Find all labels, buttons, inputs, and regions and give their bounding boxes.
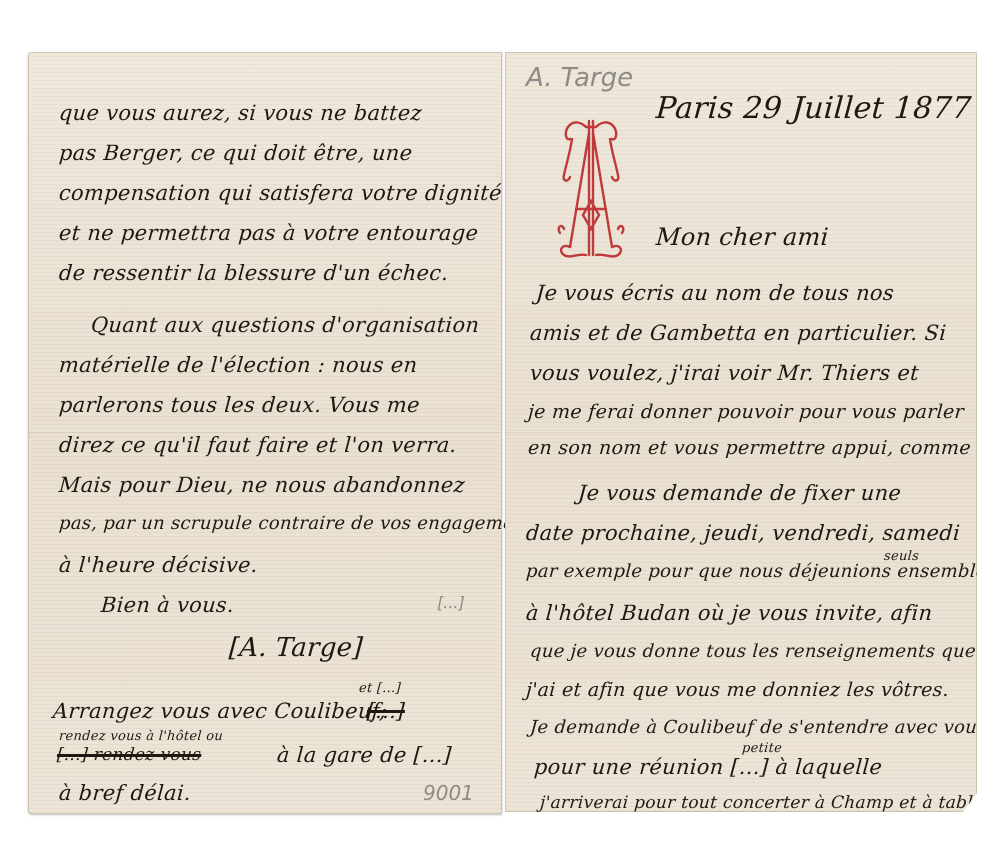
letter-page-right: A. Targe Paris 29 Juillet 1877: [505, 52, 977, 812]
postscript-insert: et [...]: [358, 681, 401, 696]
pencil-annotation: A. Targe: [526, 63, 633, 93]
handwritten-line: matérielle de l'élection : nous en: [58, 353, 418, 377]
handwritten-line: Mais pour Dieu, ne nous abandonnez: [58, 473, 466, 497]
pencil-mark: [...]: [437, 593, 465, 612]
handwritten-line: que vous aurez, si vous ne battez: [58, 101, 423, 125]
handwritten-line: j'arriverai pour tout concerter à Champ …: [539, 793, 990, 813]
handwritten-line: Je vous écris au nom de tous nos: [535, 281, 895, 305]
postscript-line: à la gare de [...]: [276, 743, 452, 767]
postscript-line: à bref délai.: [58, 781, 192, 805]
handwritten-line: pour une réunion [...] à laquelle: [533, 755, 883, 779]
handwritten-line: de ressentir la blessure d'un échec.: [58, 261, 449, 285]
monogram-icon: [556, 113, 626, 263]
handwritten-line: direz ce qu'il faut faire et l'on verra.: [58, 433, 457, 457]
interlinear-insert: petite: [741, 741, 782, 756]
handwritten-line: parlerons tous les deux. Vous me: [58, 393, 421, 417]
handwritten-line: date prochaine, jeudi, vendredi, samedi: [525, 521, 961, 545]
handwritten-line: j'ai et afin que vous me donniez les vôt…: [525, 679, 950, 701]
handwritten-line: par exemple pour que nous déjeunions ens…: [525, 561, 987, 582]
handwritten-line: vous voulez, j'irai voir Mr. Thiers et: [529, 361, 920, 385]
handwritten-line: à l'hôtel Budan où je vous invite, afin: [525, 601, 933, 625]
salutation: Mon cher ami: [655, 223, 830, 251]
closing-line: Bien à vous.: [100, 593, 235, 617]
handwritten-line: Je vous demande de fixer une: [577, 481, 902, 505]
handwritten-line: Je demande à Coulibeuf de s'entendre ave…: [529, 717, 987, 738]
dateline: Paris 29 Juillet 1877: [655, 91, 973, 126]
handwritten-line: je me ferai donner pouvoir pour vous par…: [527, 401, 965, 423]
handwritten-line: en son nom et vous permettre appui, comm…: [527, 437, 971, 459]
handwritten-line: amis et de Gambetta en particulier. Si: [529, 321, 947, 345]
handwritten-line: pas Berger, ce qui doit être, une: [58, 141, 413, 165]
handwritten-line: et ne permettra pas à votre entourage: [58, 221, 479, 245]
fold-crease: [506, 431, 976, 433]
struck-text: [...]: [366, 699, 406, 723]
handwritten-line: que je vous donne tous les renseignement…: [529, 641, 976, 662]
postscript-line: Arrangez vous avec Coulibeuf;: [52, 699, 388, 723]
letter-page-left: que vous aurez, si vous ne battez pas Be…: [28, 52, 502, 814]
signature: [A. Targe]: [228, 633, 364, 663]
handwritten-line: pas, par un scrupule contraire de vos en…: [58, 513, 543, 534]
struck-text: [...] rendez-vous: [56, 745, 202, 765]
archive-number: 9001: [423, 781, 474, 805]
postscript-insert: rendez vous à l'hôtel ou: [58, 729, 223, 744]
handwritten-line: compensation qui satisfera votre dignité: [58, 181, 503, 205]
handwritten-line: à l'heure décisive.: [58, 553, 258, 577]
handwritten-line: Quant aux questions d'organisation: [90, 313, 480, 337]
